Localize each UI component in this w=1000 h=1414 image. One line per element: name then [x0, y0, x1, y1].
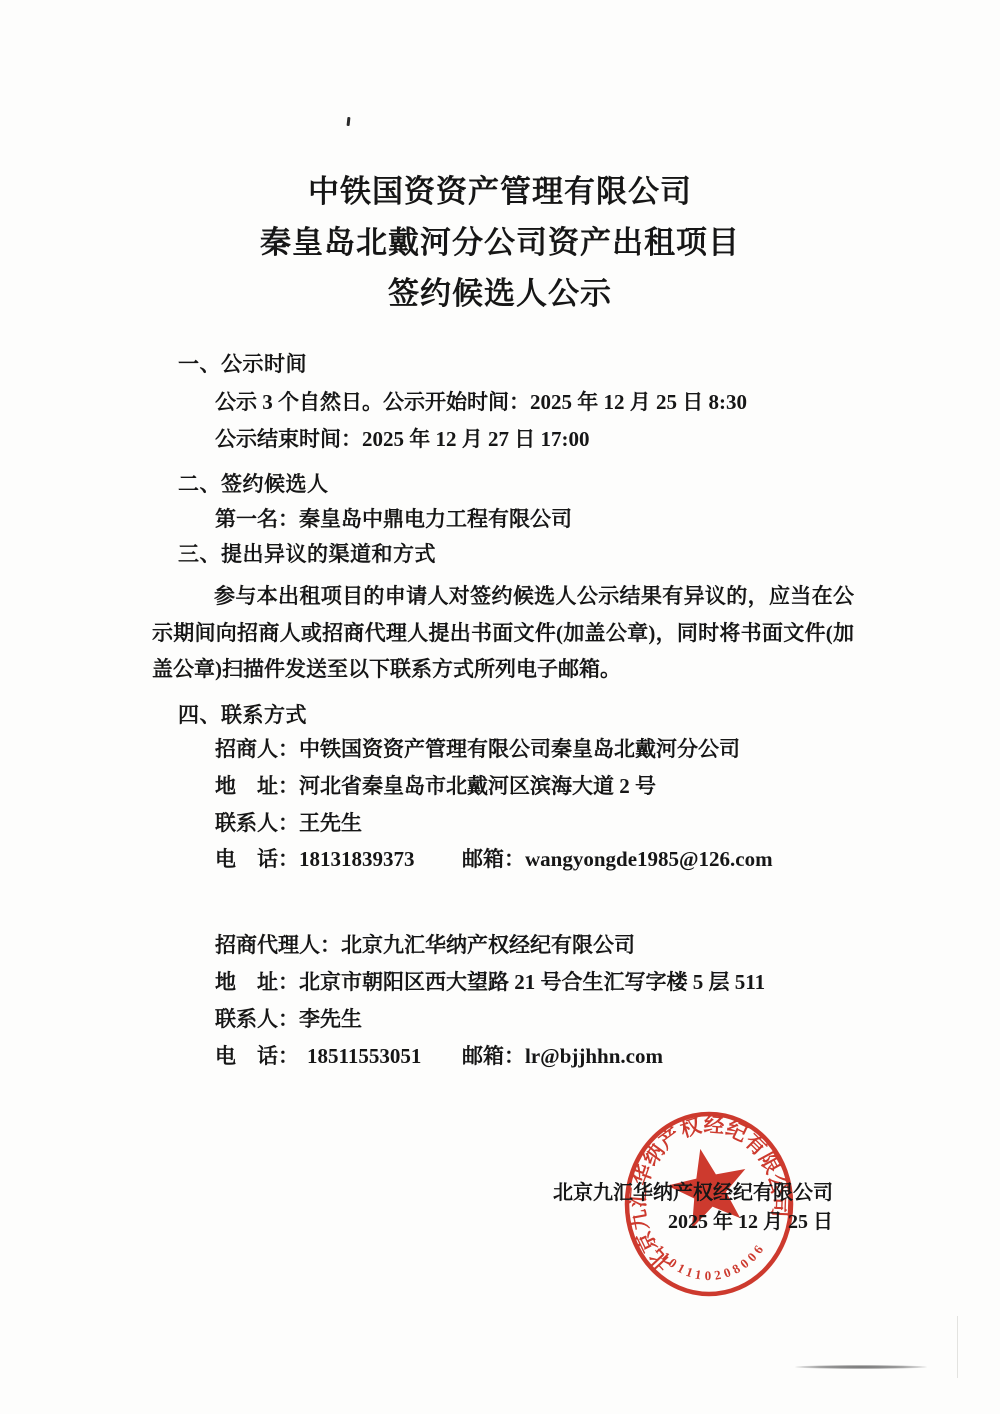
recruiter-email-value: wangyongde1985@126.com	[525, 847, 773, 871]
recruiter-address-row: 地 址：河北省秦皇岛市北戴河区滨海大道 2 号	[215, 774, 656, 798]
signature-date: 2025 年 12 月 25 日	[668, 1210, 833, 1234]
recruiter-email-row: 邮箱：wangyongde1985@126.com	[462, 847, 773, 871]
recruiter-person-value: 王先生	[299, 811, 362, 835]
agent-value: 北京九汇华纳产权经纪有限公司	[341, 933, 635, 957]
doc-title-line-3: 签约候选人公示	[0, 268, 1000, 319]
section-heading-objection: 三、提出异议的渠道和方式	[178, 542, 436, 566]
doc-title: 中铁国资资产管理有限公司 秦皇岛北戴河分公司资产出租项目 签约候选人公示	[0, 166, 1000, 319]
recruiter-phone-value: 18131839373	[299, 847, 415, 871]
stamp-code-text-holder: 1101110208006	[652, 1239, 769, 1283]
publicity-start-line: 公示 3 个自然日。公示开始时间：2025 年 12 月 25 日 8:30	[215, 390, 747, 414]
candidate-first-line: 第一名：秦皇岛中鼎电力工程有限公司	[215, 507, 572, 531]
objection-paragraph: 参与本出租项目的申请人对签约候选人公示结果有异议的，应当在公示期间向招商人或招商…	[152, 578, 854, 688]
scan-artifact-tick	[347, 117, 351, 126]
recruiter-phone-label: 电 话：	[215, 847, 299, 871]
recruiter-value: 中铁国资资产管理有限公司秦皇岛北戴河分公司	[299, 737, 740, 761]
recruiter-person-label: 联系人：	[215, 811, 299, 835]
agent-email-value: lr@bjjhhn.com	[525, 1044, 663, 1068]
agent-label: 招商代理人：	[215, 933, 341, 957]
agent-email-label: 邮箱：	[462, 1044, 525, 1068]
section-heading-publicity-time: 一、公示时间	[178, 352, 307, 376]
signature-company: 北京九汇华纳产权经纪有限公司	[553, 1181, 833, 1205]
scan-artifact-edge-line	[957, 1316, 958, 1378]
agent-person-row: 联系人：李先生	[215, 1007, 362, 1031]
publicity-end-line: 公示结束时间：2025 年 12 月 27 日 17:00	[215, 427, 590, 451]
recruiter-label: 招商人：	[215, 737, 299, 761]
recruiter-email-label: 邮箱：	[462, 847, 525, 871]
recruiter-row: 招商人：中铁国资资产管理有限公司秦皇岛北戴河分公司	[215, 737, 740, 761]
agent-phone-value: 18511553051	[307, 1044, 421, 1068]
stamp-code-text: 1101110208006	[652, 1239, 769, 1283]
recruiter-person-row: 联系人：王先生	[215, 811, 362, 835]
doc-title-line-1: 中铁国资资产管理有限公司	[0, 166, 1000, 217]
recruiter-phone-row: 电 话：18131839373	[215, 847, 415, 871]
recruiter-address-label: 地 址：	[215, 774, 299, 798]
scan-artifact-smudge	[795, 1365, 927, 1369]
doc-title-line-2: 秦皇岛北戴河分公司资产出租项目	[0, 217, 1000, 268]
recruiter-address-value: 河北省秦皇岛市北戴河区滨海大道 2 号	[299, 774, 656, 798]
agent-phone-label: 电 话：	[215, 1044, 299, 1068]
agent-address-row: 地 址：北京市朝阳区西大望路 21 号合生汇写字楼 5 层 511	[215, 970, 765, 994]
agent-row: 招商代理人：北京九汇华纳产权经纪有限公司	[215, 933, 635, 957]
agent-person-value: 李先生	[299, 1007, 362, 1031]
document-page: 中铁国资资产管理有限公司 秦皇岛北戴河分公司资产出租项目 签约候选人公示 一、公…	[0, 0, 1000, 1414]
agent-address-label: 地 址：	[215, 970, 299, 994]
agent-person-label: 联系人：	[215, 1007, 299, 1031]
section-heading-candidate: 二、签约候选人	[178, 472, 329, 496]
agent-email-row: 邮箱：lr@bjjhhn.com	[462, 1044, 663, 1068]
section-heading-contact: 四、联系方式	[178, 703, 307, 727]
agent-address-value: 北京市朝阳区西大望路 21 号合生汇写字楼 5 层 511	[299, 970, 765, 994]
agent-phone-row: 电 话：18511553051	[215, 1044, 421, 1068]
